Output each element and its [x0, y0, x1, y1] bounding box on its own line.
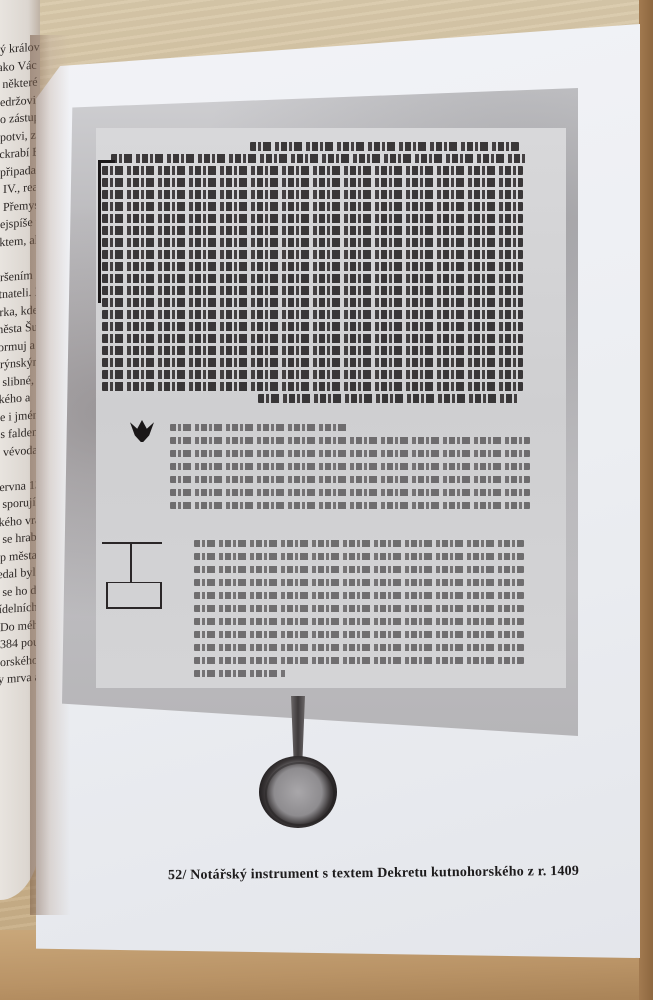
first-notary-attestation: [170, 424, 530, 515]
seal-ring: [265, 762, 335, 826]
table-edge-right: [639, 0, 653, 1000]
second-notary-attestation: [194, 540, 524, 683]
figure-caption-text: Notářský instrument s textem Dekretu kut…: [190, 864, 579, 883]
main-text-block: [102, 142, 536, 406]
notary-signet-icon: [102, 534, 162, 624]
book-gutter-shadow: [30, 35, 70, 915]
document-photo: [62, 88, 578, 736]
figure-number: 52/: [168, 868, 187, 883]
